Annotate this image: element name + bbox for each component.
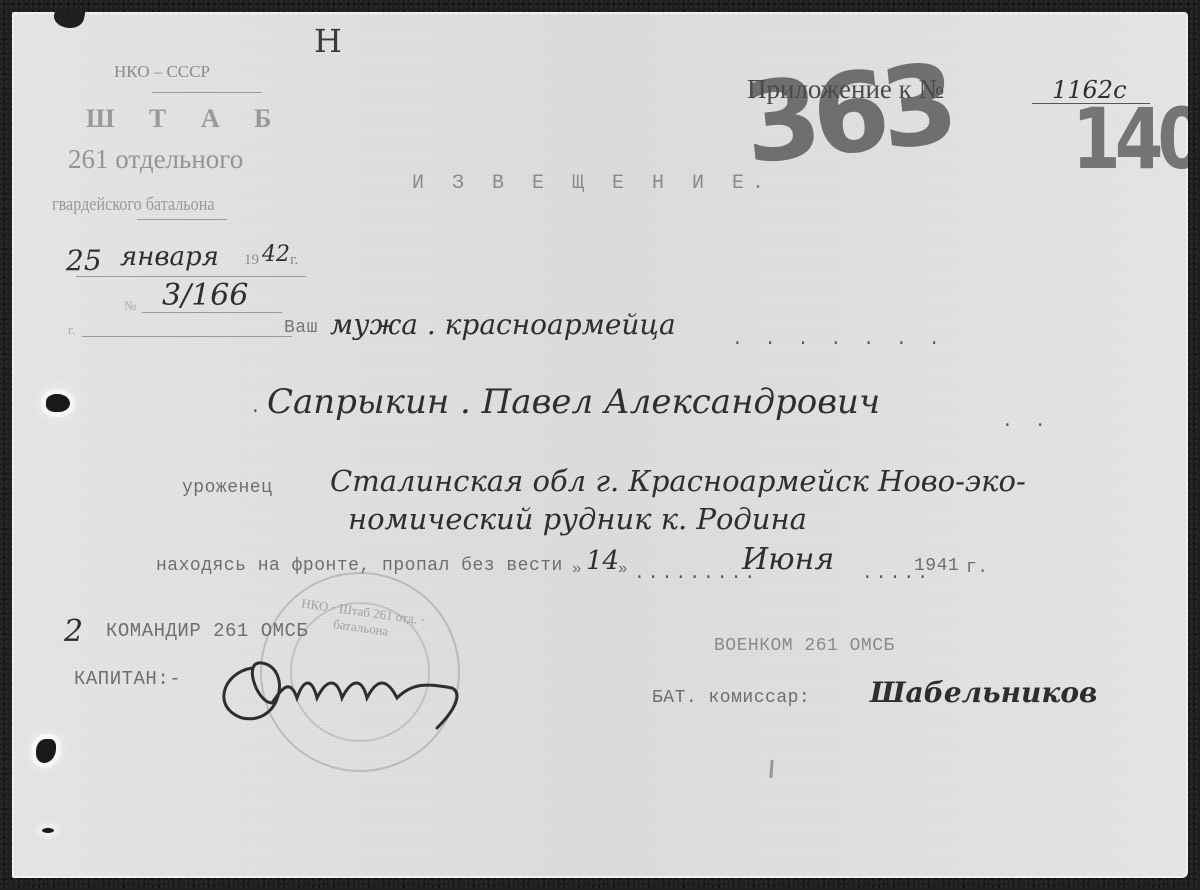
birthplace-label: уроженец (182, 478, 272, 498)
status-year: 1941 (914, 556, 959, 576)
city-label: г. (68, 322, 75, 338)
number-rule (142, 312, 282, 313)
commander-signature-icon (212, 648, 492, 728)
status-year-label: г. (966, 558, 989, 578)
date-year-label: г. (290, 252, 298, 269)
status-day: 14 (586, 546, 619, 576)
stamp-rule-1 (152, 92, 262, 93)
stamp-rule-2 (137, 219, 227, 220)
date-year-prefix: 19 (244, 252, 259, 269)
date-day: 25 (66, 244, 102, 277)
birthplace-line-2: номический рудник к. Родина (348, 502, 807, 536)
person-full-name: Сапрыкин . Павел Александрович (267, 382, 880, 422)
binder-hole-bottom (36, 739, 56, 763)
commissar-rank: БАТ. комиссар: (652, 688, 810, 708)
stamp-line-2: Ш Т А Б (86, 104, 285, 134)
quote-close: » (618, 560, 628, 578)
date-rule (76, 276, 306, 277)
status-month: Июня (742, 542, 834, 577)
name-trailing-dots: .. (1002, 412, 1068, 432)
pencil-large-number: 363 (738, 40, 956, 189)
number-label: № (124, 298, 136, 314)
document-sheet: Н НКО – СССР Ш Т А Б 261 отдельного гвар… (12, 12, 1188, 878)
binder-hole-top (46, 394, 70, 412)
addressee-prefix: Ваш (284, 318, 318, 338)
date-year-suffix: 42 (262, 242, 290, 267)
stamp-line-4: гвардейского батальона (52, 194, 215, 216)
corner-mark: Н (314, 22, 342, 60)
status-dots-1: ......... (634, 564, 758, 584)
document-title: И З В Е Щ Е Н И Е. (412, 172, 772, 195)
torn-corner (52, 12, 86, 31)
stamp-line-3: 261 отдельного (68, 144, 243, 175)
commander-rank: КАПИТАН:- (74, 668, 181, 690)
addressee-rank: мужа . красноармейца (330, 308, 676, 341)
quote-open: » (572, 560, 582, 578)
date-month: января (120, 242, 219, 272)
addressee-dots: ....... (732, 330, 962, 350)
commissar-signature: Шабельников (870, 676, 1097, 709)
signature-mark: 2 (64, 614, 83, 649)
binder-puncture (42, 828, 54, 833)
birthplace-line-1: Сталинская обл г. Красноармейск Ново-эко… (330, 464, 1026, 498)
commander-title: КОМАНДИР 261 ОМСБ (106, 620, 308, 642)
city-rule (82, 336, 292, 337)
commissar-title: ВОЕНКОМ 261 ОМСБ (714, 636, 895, 656)
pencil-tick (769, 760, 773, 778)
stamp-line-1: НКО – СССР (114, 62, 210, 82)
pencil-page-number: 140 (1072, 90, 1188, 188)
number-value: 3/166 (162, 278, 248, 313)
